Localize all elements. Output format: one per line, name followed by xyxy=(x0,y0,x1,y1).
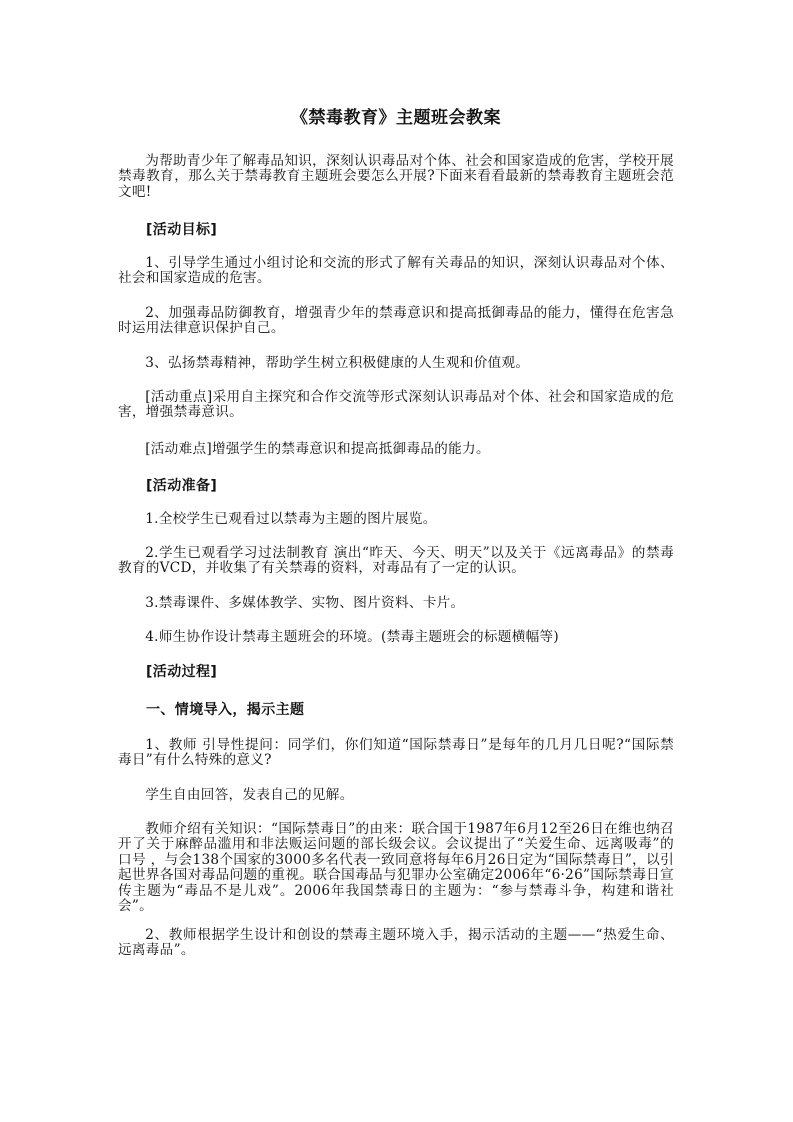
goal-item-2: 2、加强毒品防御教育，增强青少年的禁毒意识和提高抵御毒品的能力，懂得在危害急时运… xyxy=(118,306,674,337)
prep-item-3: 3.禁毒课件、多媒体教学、实物、图片资料、卡片。 xyxy=(118,596,674,611)
process-paragraph-3: 教师介绍有关知识：“国际禁毒日”的由来：联合国于1987年6月12至26日在维也… xyxy=(118,822,674,914)
goal-item-3: 3、弘扬禁毒精神，帮助学生树立积极健康的人生观和价值观。 xyxy=(118,356,674,371)
section-heading-process: [活动过程] xyxy=(146,664,217,680)
process-subheading: 一、情境导入，揭示主题 xyxy=(146,702,304,718)
difficulty-paragraph: [活动难点]增强学生的禁毒意识和提高抵御毒品的能力。 xyxy=(118,442,674,457)
focus-paragraph: [活动重点]采用自主探究和合作交流等形式深刻认识毒品对个体、社会和国家造成的危害… xyxy=(118,390,674,421)
section-heading-preparation: [活动准备] xyxy=(146,478,217,494)
prep-item-2: 2.学生已观看学习过法制教育 演出“昨天、今天、明天”以及关于《远离毒品》的禁毒… xyxy=(118,546,674,577)
process-paragraph-2: 学生自由回答，发表自己的见解。 xyxy=(118,788,674,803)
document-title: 《禁毒教育》主题班会教案 xyxy=(118,108,674,128)
intro-paragraph: 为帮助青少年了解毒品知识，深刻认识毒品对个体、社会和国家造成的危害，学校开展禁毒… xyxy=(118,154,674,200)
process-paragraph-4: 2、教师根据学生设计和创设的禁毒主题环境入手，揭示活动的主题——“热爱生命、远离… xyxy=(118,928,674,959)
prep-item-1: 1.全校学生已观看过以禁毒为主题的图片展览。 xyxy=(118,512,674,527)
prep-item-4: 4.师生协作设计禁毒主题班会的环境。(禁毒主题班会的标题横幅等) xyxy=(118,630,674,645)
section-heading-goals: [活动目标] xyxy=(146,222,217,238)
process-paragraph-1: 1、教师 引导性提问：同学们，你们知道“国际禁毒日”是每年的几月几日呢?“国际禁… xyxy=(118,738,674,769)
goal-item-1: 1、引导学生通过小组讨论和交流的形式了解有关毒品的知识，深刻认识毒品对个体、社会… xyxy=(118,256,674,287)
